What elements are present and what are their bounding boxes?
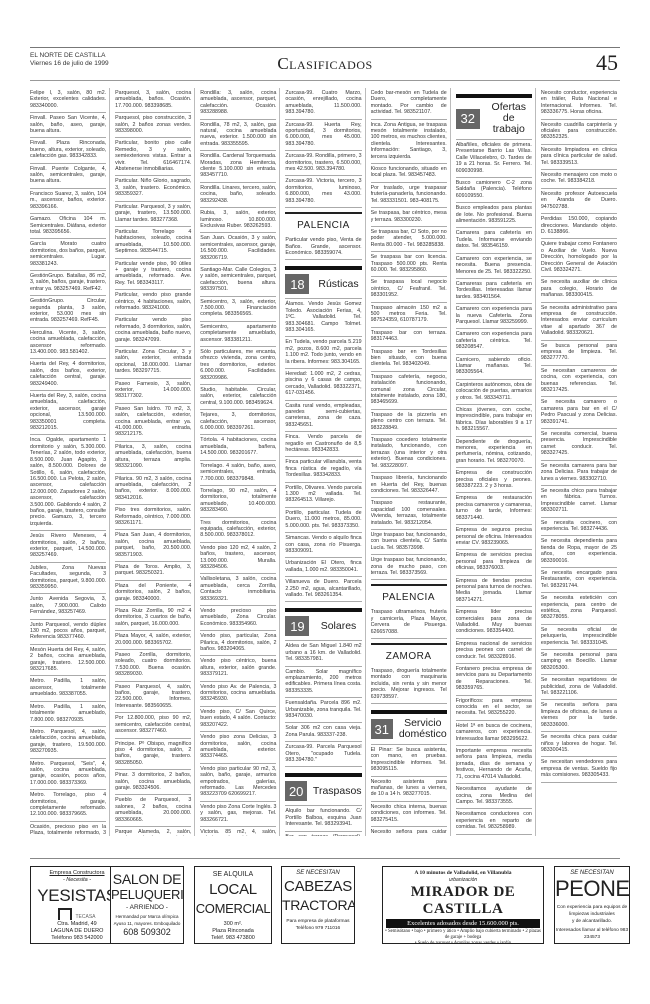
classified-ad: Jubiles, Zona Nuevas Facultades, segunda…	[30, 563, 106, 595]
classified-ad: Paseo Zorrilla, dormitorio, soleado, cua…	[115, 650, 191, 682]
classified-ad: Finca. Vendo parcela de regadío en Castr…	[285, 432, 361, 457]
classified-ad: Traspaso bar con terraza. 983174463.	[371, 328, 447, 347]
classified-ad: Jesús Rivero Meneses, 4 dormitorios, sal…	[30, 531, 106, 563]
classified-ad: Carnicero, sabiendo oficio. Llamar mañan…	[456, 355, 532, 380]
classified-ad: Gamazo. Oficina 104 m. Semicentrales. Di…	[30, 214, 106, 239]
ad-location: Plaza Rinconada	[195, 928, 271, 935]
section-label: Servicio doméstico	[399, 718, 447, 740]
ad-header: SE ALQUILA	[195, 870, 271, 880]
classified-ad: Parquesol, 3, salón, cocina amueblada, b…	[115, 88, 191, 113]
column-7: Necesito conductor, experiencia en tráil…	[541, 88, 620, 836]
classified-ad: Metro. Padilla, 1 salón, ascensor, total…	[30, 676, 106, 701]
ad-phone: 608 509302	[111, 927, 183, 937]
classified-ad: Se necesita chico para trabajar en fábri…	[541, 486, 617, 518]
classified-ad: Rondilla. Cardenal Torquemada. Moradas, …	[200, 151, 276, 183]
display-ad-peluqueria: SALON DE PELUQUERIA - ARRIENDO - Hermand…	[110, 866, 184, 944]
classified-ad: Dependiente de droguería, menores, exper…	[456, 437, 532, 469]
divider	[30, 858, 620, 859]
classified-ad: Plaza San Juan, 4 dormitorios, salón, co…	[115, 530, 191, 562]
section-header: 31Servicio doméstico	[371, 710, 447, 745]
classified-ad: Studio, habitable. Circular, salón, exte…	[200, 385, 276, 410]
classified-ad: Vendo precioso piso amueblado, Zona Circ…	[200, 606, 276, 631]
classified-ad: Empresa de servicios precisa personal pa…	[456, 550, 532, 575]
classified-ad: Necesito señora para cuidar niños, horar…	[371, 827, 447, 836]
classified-ad: Necesitamos señoras para trabajar en lín…	[456, 835, 532, 836]
classified-ad: Junto Parquesol, vendo dúplex 130 m2, po…	[30, 620, 106, 645]
classified-ad: Empresa de construcción precisa oficiale…	[456, 468, 532, 493]
classified-ad: Vendo piso 120 m2, 4 salón, 2 baños, tra…	[200, 543, 276, 575]
classified-ad: Se traspasa, bar céntrico, mesa y terraz…	[371, 208, 447, 227]
classified-ad: Fontanero precisa empresa de servicios p…	[456, 664, 532, 696]
classified-ad: Camarero con experiencia, se necesita. B…	[456, 254, 532, 279]
classified-ad: Traspaso librería, funcionando en Huerta…	[371, 473, 447, 498]
display-ad-local-comercial: SE ALQUILA LOCAL COMERCIAL 300 m². Plaza…	[194, 866, 272, 944]
classified-ad: Particular, bonito piso calle Remedio, 3…	[115, 138, 191, 176]
classified-ad: Traspaso almacén 150 m2 a 500 metros Fer…	[371, 303, 447, 328]
column-1: Felipe I, 3, salón, 80 m2. Exterior, exc…	[30, 88, 110, 836]
ad-features-2: • Suelo de parquet • Amplias zonas verde…	[383, 941, 543, 944]
classified-ad: Necesito profesor Autoescuela en Aranda …	[541, 189, 617, 214]
classified-ad: Parque Alameda, 2, salón, garaje, traste…	[115, 827, 191, 836]
ad-header: SE NECESITAN	[282, 870, 354, 877]
classified-ad: Finvall. Paseo San Vicente, 4, salón, ba…	[30, 113, 106, 138]
classified-ad: Sólo particulares, me encanta, ofrezco v…	[200, 347, 276, 385]
classified-ad: Rubia, 3, salón, exterior, luminoso. 10.…	[200, 208, 276, 233]
classified-ad: Traspaso bar en Tordesillas bien situado…	[371, 347, 447, 372]
classified-ad: Tres dormitorios, cocina equipada, calef…	[200, 518, 276, 543]
classified-ad: Traspaso cocedero totalmente instalado, …	[371, 435, 447, 473]
ad-headline: PEONES	[555, 877, 629, 901]
classified-ad: Camarero con experiencia para cafetería …	[456, 329, 532, 354]
ad-phone: Teléfono 979 711016	[282, 925, 354, 932]
classified-ad: Plaza Mayor, 4, salón, exterior, 20.000.…	[115, 631, 191, 650]
classified-ad: Zurcasa-99. Parcela Parquesol Otero, "oc…	[285, 742, 361, 767]
section-header: 18Rústicas	[285, 266, 361, 299]
classified-ad: Se traspasa local negocio céntrico, C/ F…	[371, 277, 447, 302]
classified-ad: Metro. Parquesol, "Seis", 4, salón, coci…	[30, 759, 106, 791]
classified-ad: Se necesita oficial de peluquería, impre…	[541, 625, 617, 650]
classified-ad: García Morato cuatro dormitorios, dos ba…	[30, 239, 106, 271]
classified-ad: Se necesita comercial, buena presencia. …	[541, 429, 617, 461]
classified-ad: Paseo Farnesio, 3, salón, exterior, 14.0…	[115, 379, 191, 404]
classified-ad: Necesito cuadrilla carpintería y oficial…	[541, 120, 617, 145]
classified-ad: Perdidas 150.000, copiando direcciones. …	[541, 214, 617, 239]
classified-ad: Santiago-Mar. Calle Colegios, 3 y salón,…	[200, 265, 276, 297]
classified-ad: Zurcasa-99. Rondilla, primero, 3 dormito…	[285, 151, 361, 176]
section-label: Ofertas de trabajo	[486, 102, 532, 135]
classified-ad: Vendo piso céntrico, buena altura, exter…	[200, 656, 276, 681]
classified-ad: Francisco Suarez, 3, salón, 104 m., asce…	[30, 189, 106, 214]
ad-contact: Interesados llamar al teléfono 983 23457…	[555, 927, 629, 941]
classified-ad: Vallisoletana, 3 salón, cocina amueblada…	[200, 574, 276, 606]
classified-ad: Vendo piso particular 90 m2, 3, salón, b…	[200, 764, 276, 802]
classified-ad: Particular. Niño Glorio, sagrado, 3, sal…	[115, 176, 191, 201]
classified-ad: Se necesita señora para limpieza de ofic…	[541, 700, 617, 732]
classified-ad: Metro. Padilla, 1 salón, totalmente amue…	[30, 702, 106, 727]
classified-ad: Se necesita cocinero, con experiencia. T…	[541, 518, 617, 537]
city-subheader: ZAMORA	[371, 643, 447, 666]
classified-ad: Zurcasa-99. Victoria, tercero, 3 dormito…	[285, 176, 361, 208]
ad-features-1: • Semisótano • bajo • primero y ático • …	[383, 929, 543, 941]
classified-ad: Se necesita camarero o camarera para bar…	[541, 397, 617, 429]
classified-ad: Albañiles, oficiales de primera. Present…	[456, 140, 532, 178]
section-number-badge: 18	[285, 274, 309, 294]
ad-headline-2: COMERCIAL	[195, 899, 271, 918]
classified-ad: Chicas jóvenes, con coche, imprescindibl…	[456, 405, 532, 437]
section-header: 32Ofertas de trabajo	[456, 94, 532, 140]
classified-ad: Camarera para cafetería en Tudela. Infor…	[456, 228, 532, 253]
classified-ad: Junto Avenida Segovia, 3, salón, 7.900.0…	[30, 594, 106, 619]
classified-ad: Inca. Zona Antigua, se traspasa mesón to…	[371, 120, 447, 164]
classified-ad: Metro. Parquesol, 4, salón, calefacción,…	[30, 727, 106, 759]
display-ads-row: Empresa Constructora - Necesita - YESIST…	[30, 866, 630, 966]
classified-ad: Pilarica, 3, salón, cocina amueblada, ca…	[115, 442, 191, 474]
classified-ad: Torrelago, 90 m2, salón, 4 dormitorios, …	[200, 486, 276, 518]
classified-ad: Plaza Ruiz Zorrilla, 90 m2 4 dormitorios…	[115, 606, 191, 631]
section-label: Rústicas	[315, 279, 361, 290]
classified-ad: Urge traspaso bar, funcionando, con buen…	[371, 530, 447, 555]
classified-ad: Aldea de San Miguel 1.840 m2 urbano a 16…	[285, 641, 361, 666]
classified-ad: Metro. Torrelago, piso 4 dormitorios, ga…	[30, 790, 106, 822]
classified-ad: Cambio. Solar magnífico emplazamiento, 2…	[285, 667, 361, 699]
classified-ad: Traspaso restaurante, capacidad 100 come…	[371, 498, 447, 530]
ad-phone: Teléf. 983 473800	[195, 935, 271, 942]
classified-ad: Empresa de restauración precisa camarero…	[456, 493, 532, 525]
classified-ad: En Tudela, vendo parcela 5.219 m2, pozos…	[285, 337, 361, 369]
ad-headline-1: SALON DE	[111, 871, 183, 887]
classified-ad: Particular. Zona Circular, 3 y salón, ex…	[115, 347, 191, 379]
classified-ad: GestiónGrupo. Circular, segunda planta, …	[30, 296, 106, 328]
ad-headline-1: CABEZAS	[282, 877, 354, 896]
ad-headline-1: LOCAL	[195, 880, 271, 899]
city-subheader: PALENCIA	[371, 584, 447, 607]
classified-ad: Se traspasa bar con licencia. Traspaso 5…	[371, 252, 447, 277]
section-header: 20Traspasos	[285, 773, 361, 806]
ad-headline-2: TRACTORAS	[282, 896, 354, 915]
classified-ad: Herculina. Vicente, 3, salón, cocina amu…	[30, 328, 106, 360]
classified-ad: Se necesita administrativo para empresa …	[541, 303, 617, 341]
ad-detail-1: Con experiencia para equipos de limpieza…	[555, 904, 629, 918]
classified-ad: Simancas. Vendo o alquilo finca con casa…	[285, 533, 361, 558]
classified-ad: Rondilla. Linares, tercero, salón, cocin…	[200, 183, 276, 208]
ad-subheader: - ARRIENDO -	[111, 903, 183, 913]
classified-ad: Álamos. Vendo Jesús Gomez Toledo. Asocia…	[285, 299, 361, 337]
classified-ad: Traspaso cafetería, negocio, instalación…	[371, 372, 447, 410]
classified-ad: Carpinteros autónomos, obra de colocació…	[456, 380, 532, 405]
section-number-badge: 20	[285, 781, 307, 801]
classified-ad: El Pinar: Se busca asistenta, con mano, …	[371, 745, 447, 777]
classified-ad: Fuensaldaña. Parcela 896 m2. Urbanizable…	[285, 698, 361, 723]
classified-ad: Alquilo bar funcionando. C/ Portillo Bal…	[285, 806, 361, 831]
classified-ad: Felipe I, 3, salón, 80 m2. Exterior, exc…	[30, 88, 106, 113]
house-icon	[58, 908, 72, 920]
classified-ad: Paseo Parquesol, 4, salón, baños, garaje…	[115, 682, 191, 714]
section-header: 19Solares	[285, 608, 361, 641]
column-6: 32Ofertas de trabajoAlbañiles, oficiales…	[456, 88, 536, 836]
classified-ad: Huerta del Rey, 4 dormitorios, salón, do…	[30, 359, 106, 391]
classified-ad: Traspaso de la pizzería en pleno centro …	[371, 410, 447, 435]
classified-ad: Casita rural vendo, empleadas, paredes s…	[285, 401, 361, 433]
display-ad-cabezas-tractoras: SE NECESITAN CABEZAS TRACTORAS Para empr…	[281, 866, 355, 944]
classified-ad: Hotel 1ª en busca de cocinera, camareros…	[456, 721, 532, 746]
classified-ad: Parquesol, piso construcción, 3 salón, 2…	[115, 113, 191, 138]
classified-ad: Se traspasa bar, C/ Soto, por no poder a…	[371, 227, 447, 252]
page-masthead: EL NORTE DE CASTILLA Viernes 16 de julio…	[30, 47, 620, 81]
column-5: Cedo bar-mesón en Tudela de Duero, compl…	[371, 88, 451, 836]
classified-ad: Pilarica. 90 m2, 3 salón, cocina amuebla…	[115, 474, 191, 506]
classified-ad: Semicentro, apartamento completamente am…	[200, 322, 276, 347]
classified-ad: Necesitamos conductores con experiencia …	[456, 809, 532, 834]
classified-ad: Particular vendo piso, Venta de Baños. G…	[285, 235, 361, 260]
classified-ad: Se necesita dependienta para tienda de R…	[541, 536, 617, 568]
column-2: Parquesol, 3, salón, cocina amueblada, b…	[115, 88, 195, 836]
classified-ad: Portillo, particular. Tudela de Duero, 1…	[285, 508, 361, 533]
column-3: Rondilla: 3, salón, cocina amueblada, as…	[200, 88, 280, 836]
classified-ad: Portillo, Olivares. Vendo parcela 1.300 …	[285, 483, 361, 508]
classified-ad: Ocasión, precioso piso en la Plaza, tota…	[30, 822, 106, 836]
classified-ad: Se necesita esteticién con experiencia, …	[541, 593, 617, 625]
classified-ad: Particular vende piso, 90 útiles + garaj…	[115, 259, 191, 291]
classified-ad: Particular. Torrelago 4 habitaciones, so…	[115, 227, 191, 259]
city-subheader: PALENCIA	[285, 212, 361, 235]
classified-ad: Tórtola. 4 habitaciones, cocina amueblad…	[200, 435, 276, 460]
classified-ad: Se necesita encargado para Restaurante, …	[541, 568, 617, 593]
classified-ad: GestiónGrupo. Batallas, 86 m2, 3, salón,…	[30, 271, 106, 296]
classified-ad: Importante empresa necesita señora para …	[456, 746, 532, 784]
section-label: Solares	[315, 621, 361, 632]
classified-ad: Pinar. 3 dormitorios, 2 baños, salón, co…	[115, 770, 191, 795]
classified-ad: Se necesita personal para camping en Boe…	[541, 650, 617, 675]
classified-ad: Plaza de Toros. Amplio, 3, parquet. 9832…	[115, 562, 191, 581]
section-number-badge: 31	[371, 719, 393, 739]
section-number-badge: 19	[285, 616, 309, 636]
classified-ad: Villanueva de Duero. Parcela 2.250 m2, a…	[285, 577, 361, 602]
classified-ad: Piso tres dormitorios, salón. Reformado,…	[115, 505, 191, 530]
classified-ad: Torrelago. 4 salón, baño, aseo, semicent…	[200, 461, 276, 486]
classified-ad: San Juan. Ocasión, 3 y salón, semicentra…	[200, 233, 276, 265]
ad-headline-2: PELUQUERIA	[111, 887, 183, 903]
ad-size: 300 m².	[195, 921, 271, 928]
classified-ad: Huerta del Rey, 3, salón, cocina amuebla…	[30, 391, 106, 435]
classified-ad: Finca particular villanubla, venta finca…	[285, 457, 361, 482]
column-4: Zurcasa-99. Cuatro Marzo, ocasión, enrej…	[285, 88, 365, 836]
classified-ad: Traspaso, droguería totalmente montado c…	[371, 666, 447, 704]
classified-ad: Se necesitan repartidores de publicidad,…	[541, 675, 617, 700]
classified-ad: Particular, vendo piso grande céntrico, …	[115, 290, 191, 315]
classified-ad: Traspaso ultramarinos, frutería y carnic…	[371, 607, 447, 639]
classified-ad: Finvall. Puente Colgante, 4, salón, semi…	[30, 164, 106, 189]
ad-headline: MIRADOR DE CASTILLA	[383, 884, 543, 918]
classified-ad: Bar con terraza (Parquesol). Fijar teléf…	[285, 832, 361, 836]
classified-ad: Inca. Ogalde, apartamento 1 dormitorio y…	[30, 435, 106, 531]
classified-ad: Necesito asistenta para mañanas, de lune…	[371, 777, 447, 802]
classified-ad: Cedo bar-mesón en Tudela de Duero, compl…	[371, 88, 447, 120]
classified-ad: Zurcasa-99. Cuatro Marzo, ocasión, enrej…	[285, 88, 361, 120]
classified-ad: Urge traspaso bar, funcionando, zona de …	[371, 555, 447, 580]
classified-ad: Necesito chica interna, buenas condicion…	[371, 802, 447, 827]
classified-ad: Quiere trabajar como Fontanero o Auxilia…	[541, 239, 617, 277]
classified-ad: Camarero con experiencia para la nueva C…	[456, 304, 532, 329]
classified-ad: Busco empleados para plantas de lote. No…	[456, 203, 532, 228]
classified-ad: Empresa nacional de servicios precisa pe…	[456, 639, 532, 664]
company-brand: TECASA	[75, 914, 95, 920]
classified-ad: Por traslado, urge traspasar frutería-pa…	[371, 183, 447, 208]
display-ad-mirador-de-castilla: A 10 minutos de Valladolid, en Villanubl…	[382, 866, 544, 944]
classified-ad: Necesito mensajero con moto o coche. Tel…	[541, 170, 617, 189]
classified-ad: Vendo piso, particular, Zona Pilarica, 4…	[200, 631, 276, 656]
classified-ad: Vendo piso Zona Corte Inglés. 3 y salón,…	[200, 802, 276, 827]
classified-ad: Tejares, 3, dormitorios, calefacción, as…	[200, 410, 276, 435]
classified-ad: Rondilla: 3, salón, cocina amueblada, as…	[200, 88, 276, 120]
classified-ad: Urbanización El Otero, finca vallada, 1.…	[285, 558, 361, 577]
classified-ad: Necesito conductor, experiencia en tráil…	[541, 88, 617, 120]
section-label: Traspasos	[313, 786, 362, 797]
classified-ad: Se necesitan vendedores para empresa de …	[541, 757, 617, 782]
classified-ad: Frigoríficos: para empresa conocida en e…	[456, 696, 532, 721]
ad-header: A 10 minutos de Valladolid, en Villanubl…	[383, 870, 543, 877]
classified-ad: Mesón Huerta del Rey, 4, salón, 2 baños,…	[30, 645, 106, 677]
classified-ad: Camareras para cafetería en Tordesillas.…	[456, 279, 532, 304]
classified-ad: Zurcasa-99. Huerta Rey, oportunidad, 3 d…	[285, 120, 361, 152]
classified-ad: Finvall. Plaza Rinconada, bueno, altura,…	[30, 138, 106, 163]
classified-ad: Heredad: 1.000 m2, 2 cedras, piscina y 6…	[285, 369, 361, 401]
classified-ad: Rondilla, 78 m2, 3, salón, gas natural, …	[200, 120, 276, 152]
classified-ad: Se necesita auxiliar de clínica para col…	[541, 277, 617, 302]
classified-ad: Vendo piso zona Delicias, 3 dormitorios,…	[200, 732, 276, 764]
classified-ad: Vendo piso, C/ San Quirce, buen estado, …	[200, 707, 276, 732]
classified-ad: Se busca personal para empresa de limpie…	[541, 341, 617, 366]
classified-ad: Semicentro, 3, salón, exterior, 7.500.00…	[200, 297, 276, 322]
classifieds-columns: Felipe I, 3, salón, 80 m2. Exterior, exc…	[30, 88, 620, 836]
ad-price-bar: Excelentes adosados desde 15.600.000 pts…	[386, 919, 540, 928]
classified-ad: Empresa de seguros precisa personal de o…	[456, 525, 532, 550]
ad-detail-1: Hermandad por Marca olímpica	[111, 913, 183, 920]
classified-ad: Victoria. 85 m2, 4, salón, exterior, ent…	[200, 827, 276, 836]
classified-ad: Necesitamos ayudante de cocina, zona Med…	[456, 784, 532, 809]
section-number-badge: 32	[456, 109, 480, 129]
classified-ad: Se necesita chica para cuidar niños y la…	[541, 732, 617, 757]
classified-ad: Paseo San Isidro. 70 m2, 3, salón, calef…	[115, 404, 191, 442]
classified-ad: Busco camionero C-2 zona Saldaña (Palenc…	[456, 178, 532, 203]
classified-ad: Particular vendo piso reformado, 3 dormi…	[115, 315, 191, 347]
classified-ad: Necesito limpiadora en clínica para clín…	[541, 145, 617, 170]
display-ad-peones: SE NECESITAN PEONES Con experiencia para…	[554, 866, 630, 944]
classified-ad: Principe. Pº Obispo, magnífico piso 4 do…	[115, 739, 191, 771]
classified-ad: Se necesitan camareros de cocina, con ex…	[541, 366, 617, 398]
classified-ad: Kiosco funcionando, situado en local pla…	[371, 164, 447, 183]
classified-ad: Particular. Parquesol, 3 y salón, garaje…	[115, 202, 191, 227]
classified-ad: Empresa de tiendas precisa personal para…	[456, 576, 532, 608]
classified-ad: Plaza del Poniente, 4 dormitorios, salón…	[115, 581, 191, 606]
page-number: 45	[596, 50, 618, 76]
ad-detail-2: y de alcantarillado.	[555, 918, 629, 925]
classified-ad: Se necesita camarera para bar zona Delic…	[541, 461, 617, 486]
classified-ad: Solar 306 m2 con casa vieja. Zona Parula…	[285, 723, 361, 742]
classified-ad: Vendo piso Av. de Palencia, 3 dormitorio…	[200, 682, 276, 707]
classified-ad: Pueblo de Parquesol, 3 salones, 2 baños,…	[115, 795, 191, 827]
ad-detail-2: Ayuso 11, mayores. Emboquilado	[111, 920, 183, 927]
ad-detail: Para empresa de plataformas	[282, 918, 354, 925]
classified-ad: Empresa líder precisa comerciales para z…	[456, 607, 532, 639]
classified-ad: Por 12.800.000, piso 90 m2, semicentro, …	[115, 713, 191, 738]
section-title: Clasificados	[30, 54, 620, 74]
ad-subheader: urbanización	[383, 877, 543, 884]
